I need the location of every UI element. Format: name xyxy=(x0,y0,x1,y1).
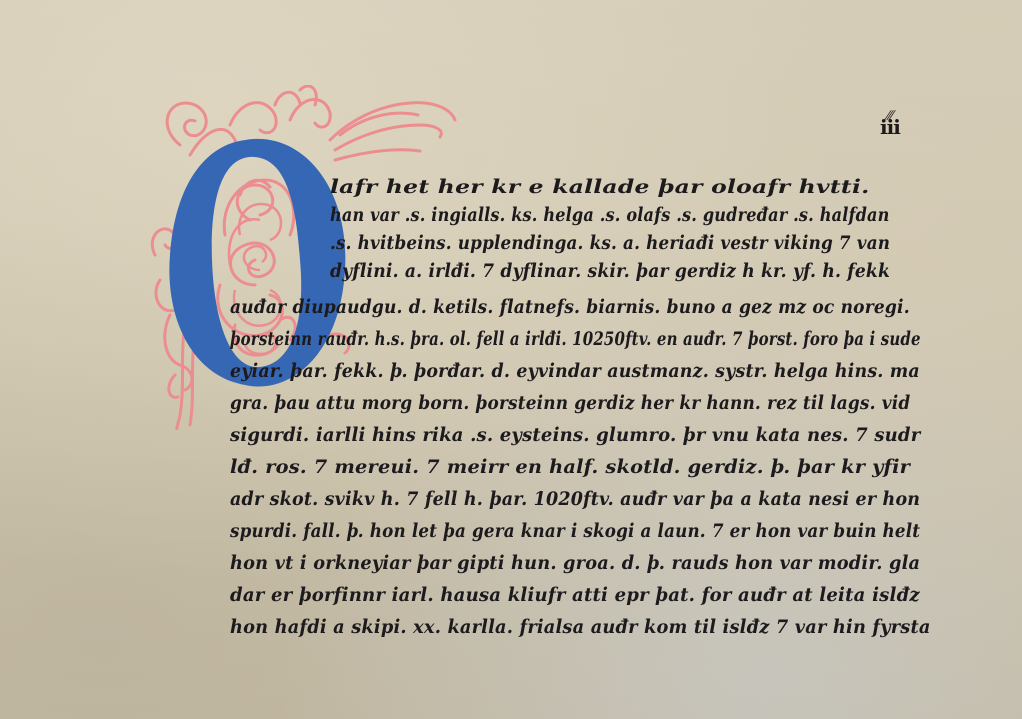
text-line-1: lafr het her kr e kallade þar oloafr hvt… xyxy=(330,176,870,198)
text-line-7: eyiar. þar. fekk. þ. þorđar. d. eyvindar… xyxy=(230,360,920,382)
text-line-13: hon vt i orkneyiar þar gipti hun. groa. … xyxy=(230,552,920,574)
folio-number: iii xyxy=(880,115,900,139)
text-line-15: hon hafdi a skipi. xx. karlla. frialsa a… xyxy=(230,616,931,638)
text-line-9: sigurdi. iarlli hins rika .s. eysteins. … xyxy=(230,424,920,446)
text-line-12: spurdi. fall. þ. hon let þa gera knar i … xyxy=(230,520,920,542)
text-line-6: þorsteinn rauđr. h.s. þra. ol. fell a ir… xyxy=(230,328,921,350)
text-line-2: han var .s. ingialls. ks. helga .s. olaf… xyxy=(330,204,890,226)
text-line-11: adr skot. svikv h. 7 fell h. þar. 1020ft… xyxy=(230,488,920,510)
text-line-14: dar er þorfinnr iarl. hausa kliufr atti … xyxy=(230,584,920,606)
text-line-10: lđ. ros. 7 mereui. 7 meirr en half. skot… xyxy=(230,456,910,478)
text-line-3: .s. hvitbeins. upplendinga. ks. a. heria… xyxy=(330,232,890,254)
text-line-4: dyflini. a. irlđi. 7 dyflinar. skir. þar… xyxy=(330,260,890,282)
manuscript-page: /// iii xyxy=(0,0,1022,719)
text-line-5: auđar diupaudgu. d. ketils. flatnefs. bi… xyxy=(230,296,910,318)
text-line-8: gra. þau attu morg born. þorsteinn gerdi… xyxy=(230,392,910,414)
